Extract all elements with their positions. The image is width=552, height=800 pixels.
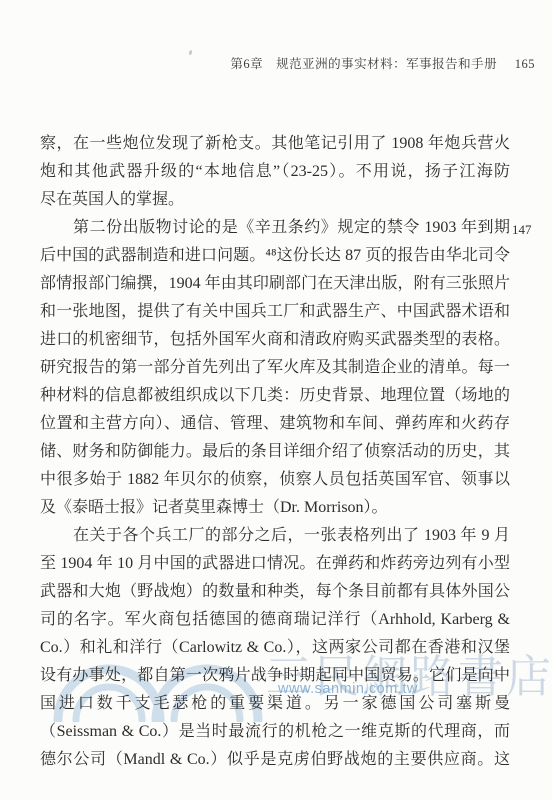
text-line: 尽在英国人的掌握。	[40, 186, 510, 214]
chapter-title: 第6章 规范亚洲的事实材料：军事报告和手册	[230, 57, 497, 71]
text-line: （Seissman & Co.）是当时最流行的机枪之一维克斯的代理商，而曼	[40, 718, 510, 746]
text-line: 后中国的武器制造和进口问题。⁴⁸这份长达 87 页的报告由华北司令	[40, 242, 510, 270]
text-line: 在关于各个兵工厂的部分之后，一张表格列出了 1903 年 9 月	[40, 522, 510, 550]
text-line: 第二份出版物讨论的是《辛丑条约》规定的禁令 1903 年到期	[40, 214, 510, 242]
text-line: 至 1904 年 10 月中国的武器进口情况。在弹药和炸药旁边列有小型	[40, 550, 510, 578]
text-line: 进口的机密细节，包括外国军火商和清政府购买武器类型的表格。	[40, 326, 510, 354]
text-line: 司的名字。军火商包括德国的德商瑞记洋行（Arhhold, Karberg &	[40, 606, 510, 634]
text-line: 炮和其他武器升级的“本地信息”（23-25）。不用说，扬子江海防	[40, 158, 510, 186]
text-line: 中很多始于 1882 年贝尔的侦察，侦察人员包括英国军官、领事以	[40, 466, 510, 494]
margin-page-number: 147	[512, 222, 532, 238]
text-line: Co.）和礼和洋行（Carlowitz & Co.），这两家公司都在香港和汉堡	[40, 634, 510, 662]
text-line: 储、财务和防御能力。最后的条目详细介绍了侦察活动的历史，其	[40, 438, 510, 466]
scan-speck	[188, 50, 192, 56]
text-line: 察，在一些炮位发现了新枪支。其他笔记引用了 1908 年炮兵营火	[40, 130, 510, 158]
text-line: 部情报部门编撰，1904 年由其印刷部门在天津出版，附有三张照片	[40, 270, 510, 298]
text-line: 研究报告的第一部分首先列出了军火库及其制造企业的清单。每一	[40, 354, 510, 382]
text-line: 国进口数千支毛瑟枪的重要渠道。另一家德国公司塞斯曼	[40, 690, 510, 718]
text-line: 种材料的信息都被组织成以下几类：历史背景、地理位置（场地的	[40, 382, 510, 410]
running-header: 第6章 规范亚洲的事实材料：军事报告和手册 165	[230, 54, 535, 72]
text-line: 及《泰晤士报》记者莫里森博士（Dr. Morrison）。	[40, 494, 510, 522]
body-text: 察，在一些炮位发现了新枪支。其他笔记引用了 1908 年炮兵营火炮和其他武器升级…	[40, 130, 510, 774]
header-page-number: 165	[515, 57, 535, 71]
text-line: 设有办事处，都自第一次鸦片战争时期起同中国贸易。它们是向中	[40, 662, 510, 690]
book-page: 三民網路書店 www.sanmin.com.tw 第6章 规范亚洲的事实材料：军…	[0, 0, 552, 800]
text-line: 德尔公司（Mandl & Co.）似乎是克虏伯野战炮的主要供应商。这	[40, 746, 510, 774]
text-line: 位置和主营方向）、通信、管理、建筑物和车间、弹药库和火药存	[40, 410, 510, 438]
text-line: 和一张地图，提供了有关中国兵工厂和武器生产、中国武器术语和	[40, 298, 510, 326]
text-line: 武器和大炮（野战炮）的数量和种类，每个条目前都有具体外国公	[40, 578, 510, 606]
